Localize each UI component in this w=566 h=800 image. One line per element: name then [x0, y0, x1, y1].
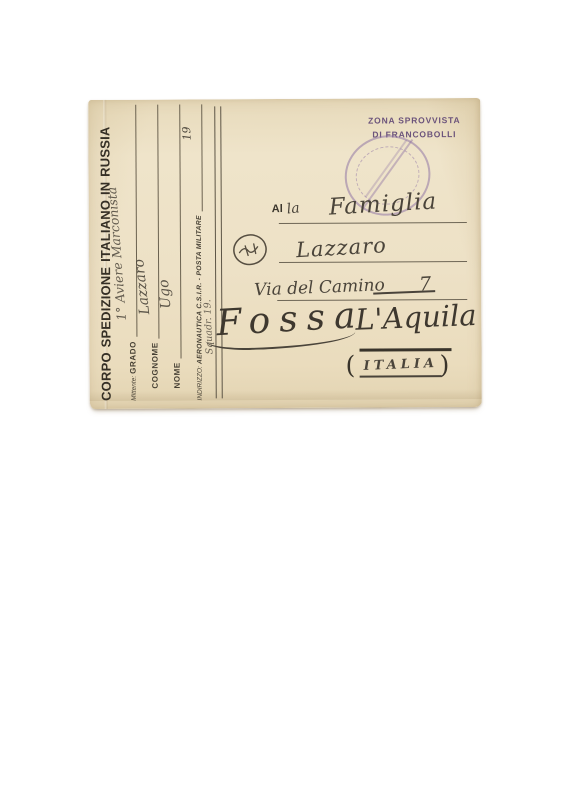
grado-row: Mittente: GRADO: [124, 105, 138, 401]
handwritten-country: ITALIA: [363, 356, 438, 374]
indirizzo-printed: AERONAUTICA C.S.I.R. - POSTA MILITARE: [196, 215, 204, 364]
handwritten-surname: Lazzaro: [295, 233, 387, 262]
indirizzo-rule: [200, 104, 203, 211]
sender-form: CORPO SPEDIZIONE ITALIANO IN RUSSIA Mitt…: [96, 104, 224, 403]
country-paren-open: (: [346, 351, 356, 380]
province-underline: [359, 348, 451, 351]
form-divider-double-rule: [214, 106, 223, 398]
al-label: Al: [272, 203, 283, 215]
address-rule-1: [279, 221, 467, 224]
censor-circle-mark: [231, 230, 269, 269]
handwritten-famiglia: Famiglia: [328, 188, 438, 220]
handwritten-nome: Ugo: [156, 279, 175, 310]
handwritten-province: L'Aquila: [355, 298, 478, 337]
handwritten-street-number: 7: [419, 273, 432, 296]
city-underline-swoosh: [205, 325, 356, 352]
indirizzo-row: INDIRIZZO: AERONAUTICA C.S.I.R. - POSTA …: [190, 104, 204, 400]
indirizzo-label: INDIRIZZO:: [197, 366, 204, 400]
handwritten-posta-militare-number: 19: [180, 126, 194, 141]
handwritten-article: la: [286, 200, 301, 217]
nome-label: NOME: [173, 362, 182, 388]
cognome-row: COGNOME: [146, 105, 160, 401]
cognome-label: COGNOME: [150, 342, 159, 388]
mittente-label: Mittente:: [131, 376, 138, 401]
nome-row: NOME: [168, 105, 182, 401]
franking-notice-line1: ZONA SPROVVISTA: [364, 113, 464, 128]
country-underline: [360, 375, 442, 377]
envelope-scan: CORPO SPEDIZIONE ITALIANO IN RUSSIA Mitt…: [88, 98, 482, 409]
grado-label: GRADO: [128, 341, 137, 374]
nome-rule: [178, 105, 181, 359]
